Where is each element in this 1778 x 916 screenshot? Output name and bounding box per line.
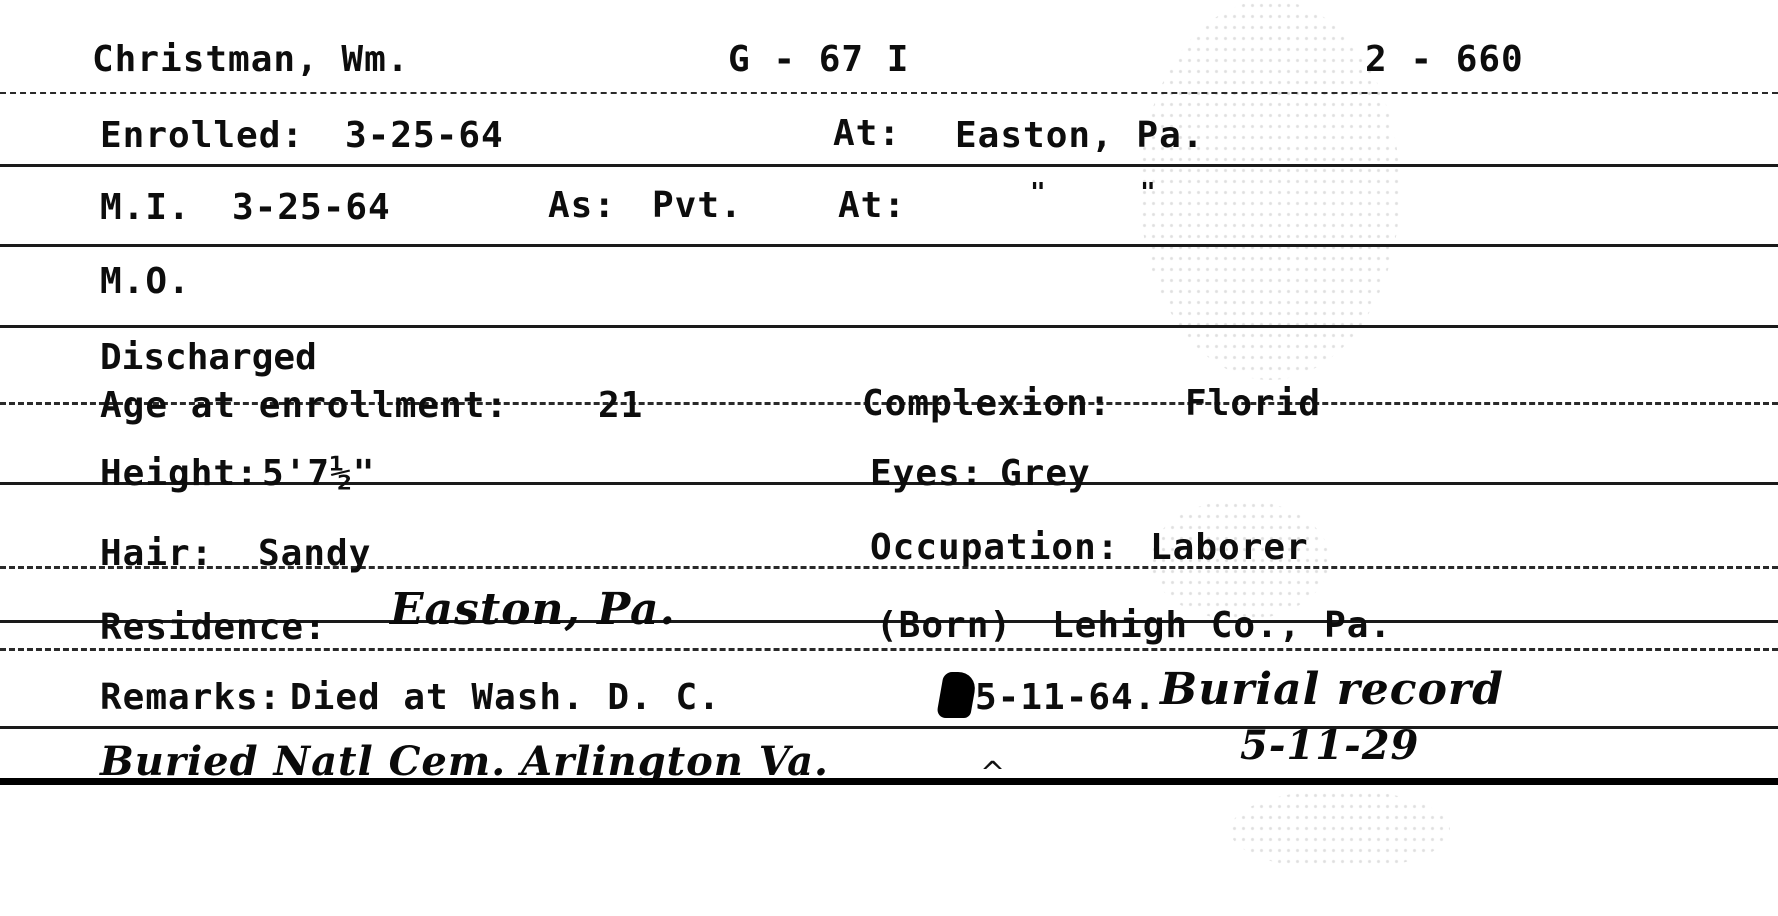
- remarks-handwritten-date: 5-11-29: [1240, 726, 1419, 766]
- remarks-label: Remarks:: [100, 680, 281, 716]
- residence-label: Residence:: [100, 610, 327, 646]
- remarks-handwritten-burial-record: Burial record: [1160, 668, 1504, 712]
- rank-label: As:: [548, 188, 616, 224]
- card-number: 2 - 660: [1365, 42, 1524, 78]
- row-divider: [0, 164, 1778, 167]
- enrollment-index-card: Christman, Wm. G - 67 I 2 - 660 Enrolled…: [0, 0, 1778, 916]
- enrolled-date: 3-25-64: [345, 118, 504, 154]
- eyes-label: Eyes:: [870, 456, 983, 492]
- row-divider: [0, 325, 1778, 328]
- enrolled-at-label: At:: [833, 116, 901, 152]
- height-value: 5'7½": [262, 456, 375, 492]
- rank-value: Pvt.: [652, 188, 743, 224]
- age-value: 21: [598, 388, 643, 424]
- born-place: Lehigh Co., Pa.: [1052, 608, 1392, 644]
- born-label: (Born): [876, 608, 1012, 644]
- discharged-label: Discharged: [100, 340, 317, 376]
- ditto-mark: ": [1030, 180, 1047, 206]
- age-label: Age at enrollment:: [100, 388, 508, 424]
- remarks-death-date: 5-11-64.: [975, 680, 1156, 716]
- mustered-in-at-label: At:: [838, 188, 906, 224]
- mustered-out-label: M.O.: [100, 264, 191, 300]
- row-divider: [0, 648, 1778, 651]
- scan-noise: [1230, 790, 1450, 870]
- eyes-value: Grey: [1000, 456, 1091, 492]
- mustered-in-date: 3-25-64: [232, 190, 391, 226]
- row-divider: [0, 92, 1778, 94]
- hair-label: Hair:: [100, 536, 213, 572]
- remarks-typed: Died at Wash. D. C.: [290, 680, 721, 716]
- height-label: Height:: [100, 456, 259, 492]
- ink-overstrike-mark: [936, 672, 978, 718]
- occupation-value: Laborer: [1150, 530, 1309, 566]
- complexion-value: Florid: [1185, 386, 1321, 422]
- soldier-name: Christman, Wm.: [92, 42, 409, 78]
- insertion-caret: ^: [980, 756, 1005, 791]
- mustered-in-label: M.I.: [100, 190, 191, 226]
- enrolled-label: Enrolled:: [100, 118, 304, 154]
- scan-noise: [1140, 0, 1400, 380]
- hair-value: Sandy: [258, 536, 371, 572]
- complexion-label: Complexion:: [862, 386, 1111, 422]
- company-regiment: G - 67 I: [728, 42, 909, 78]
- occupation-label: Occupation:: [870, 530, 1119, 566]
- enrolled-place: Easton, Pa.: [955, 118, 1204, 154]
- remarks-handwritten-burial-place: Buried Natl Cem. Arlington Va.: [100, 742, 829, 782]
- ditto-mark: ": [1140, 180, 1157, 206]
- card-bottom-border: [0, 778, 1778, 785]
- row-divider: [0, 244, 1778, 247]
- residence-handwritten: Easton, Pa.: [390, 588, 676, 632]
- row-divider: [0, 726, 1778, 729]
